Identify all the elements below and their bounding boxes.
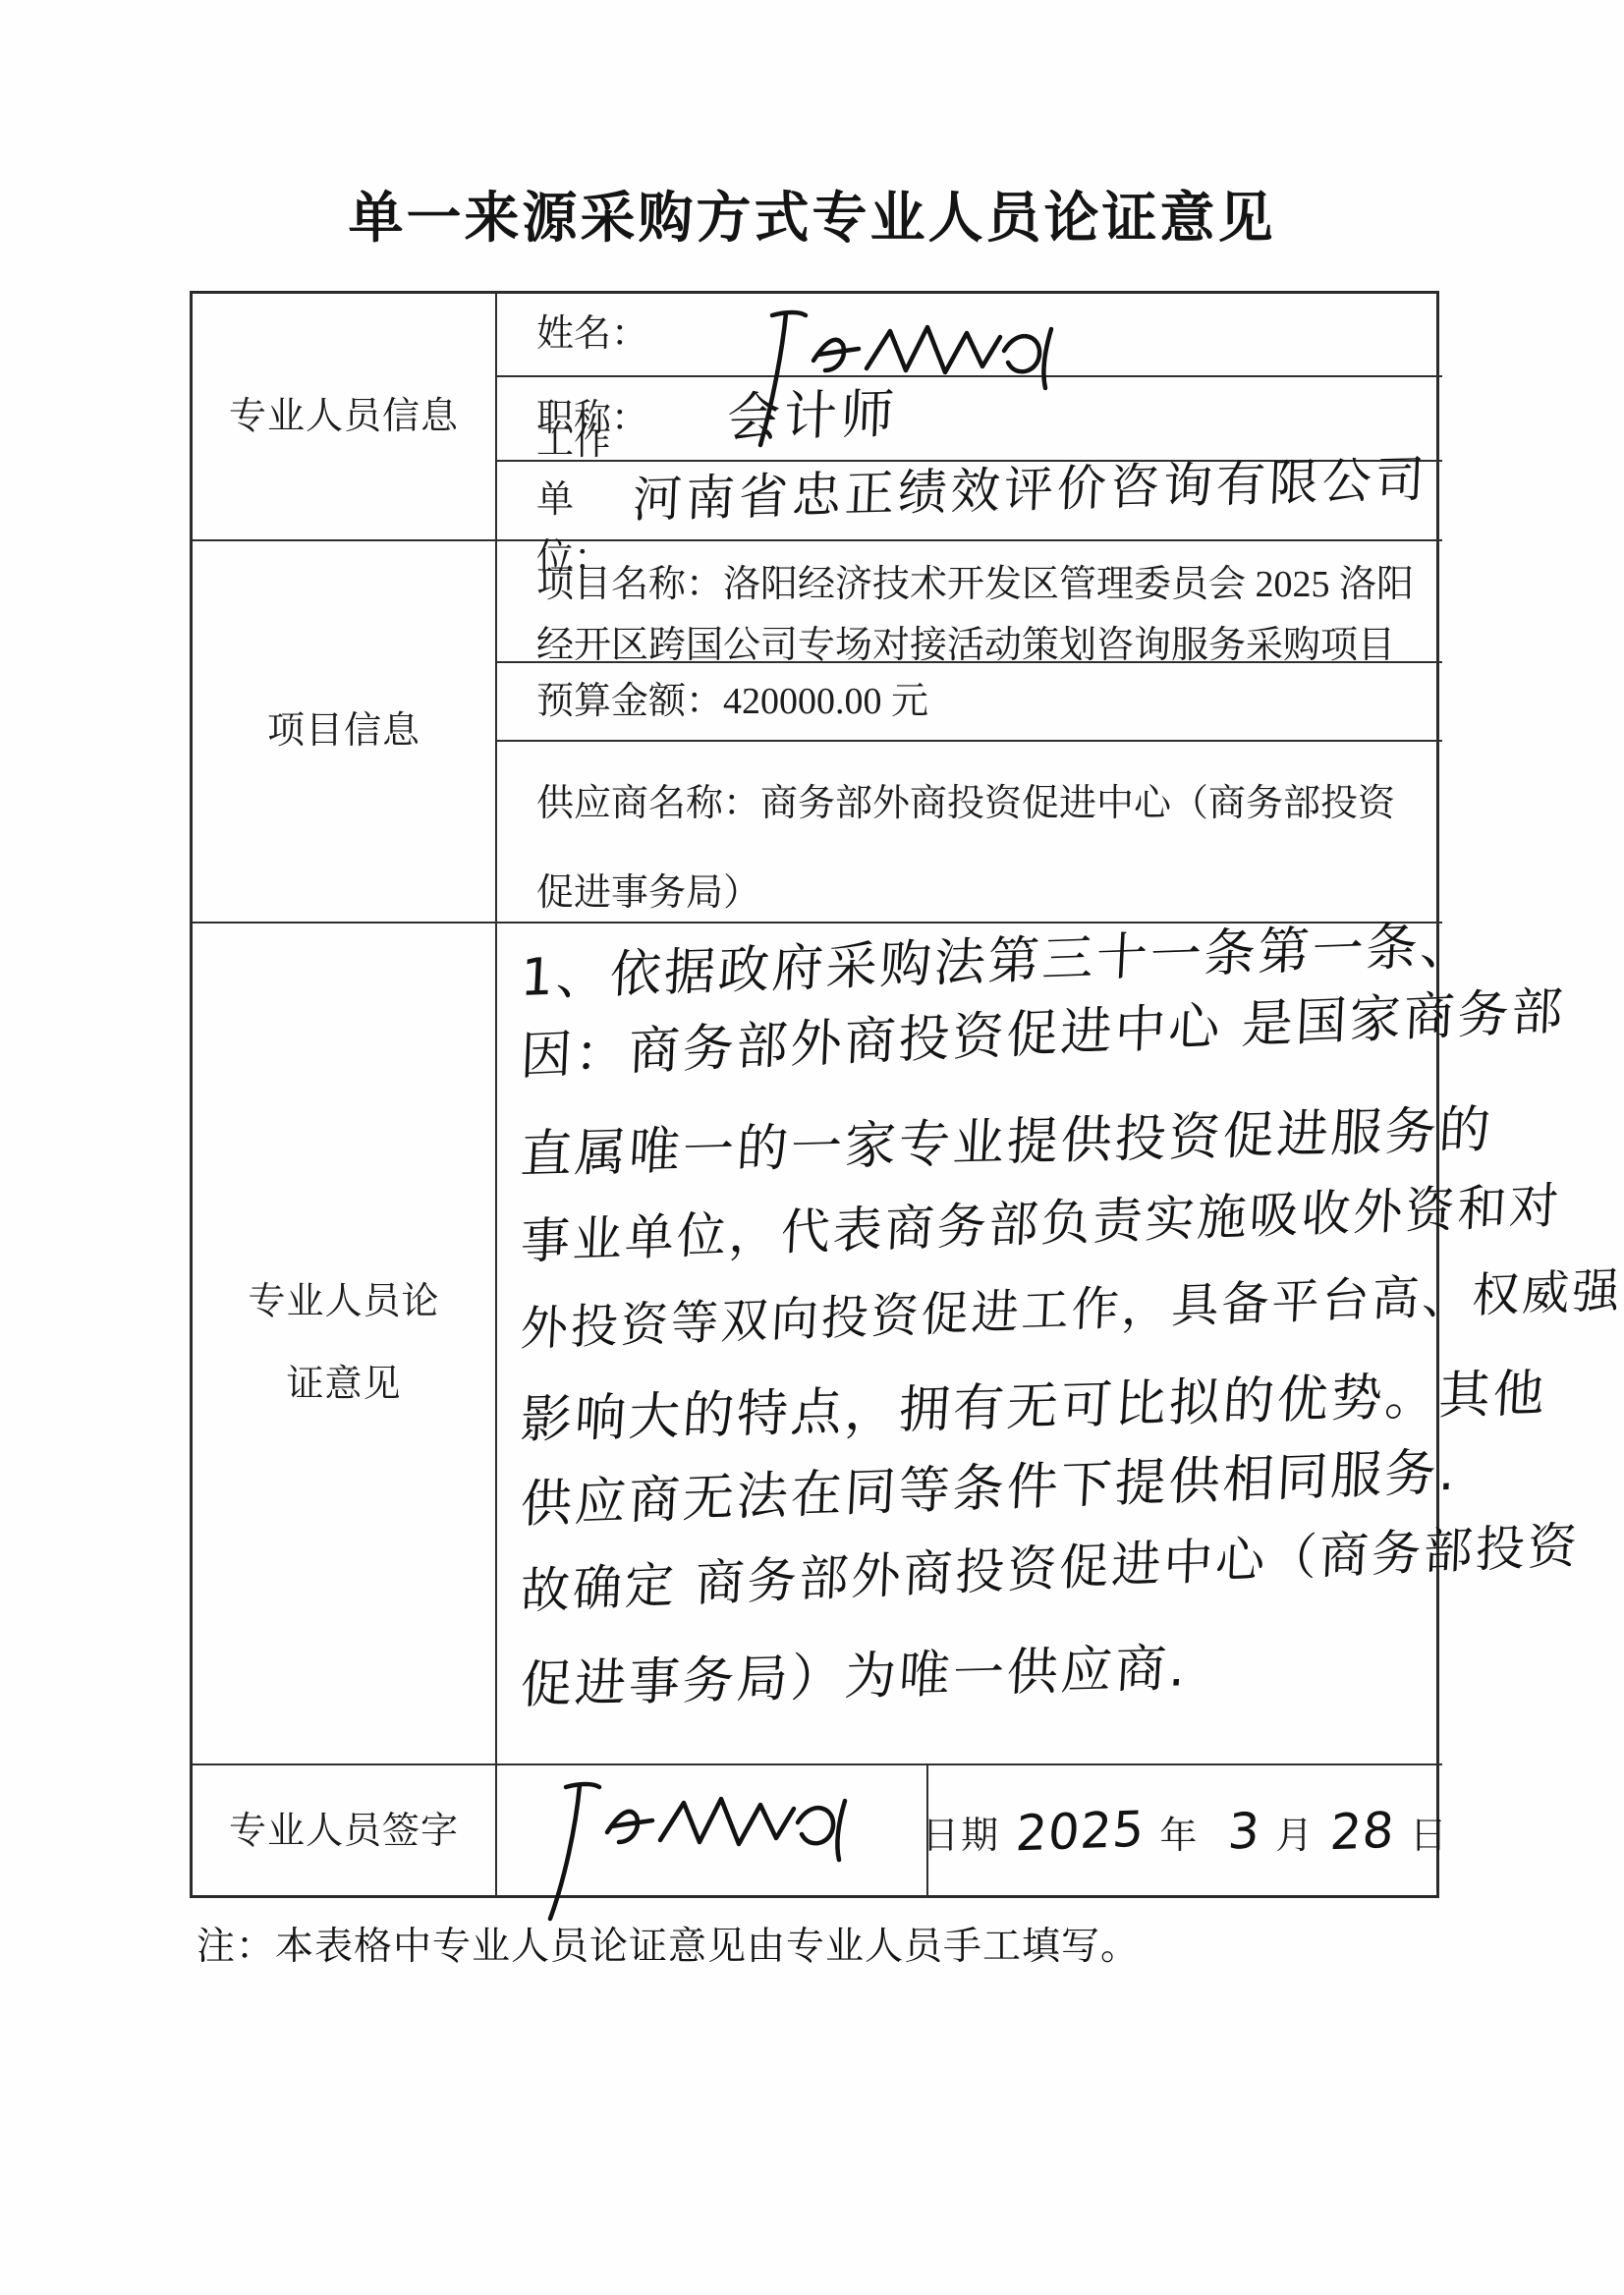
job-title-handwritten-value: 会计师 xyxy=(725,373,900,460)
footnote: 注：本表格中专业人员论证意见由专业人员手工填写。 xyxy=(196,1916,1277,1971)
date-month-unit: 月 xyxy=(1275,1816,1315,1857)
signature-scribble xyxy=(536,1773,861,1921)
row-employer: 工作单位： 河南省忠正绩效评价咨询有限公司 xyxy=(497,462,1442,541)
section-label-personnel: 专业人员信息 xyxy=(193,294,497,541)
row-budget: 预算金额：420000.00 元 xyxy=(497,663,1442,742)
row-name: 姓名： xyxy=(497,294,1442,377)
form-table: 专业人员信息 项目信息 专业人员论证意见 专业人员签字 姓名： 职称： 会计师 … xyxy=(190,291,1439,1898)
section-label-project: 项目信息 xyxy=(193,541,497,924)
date-line: 日期 2025 年 3 月 28 日 xyxy=(922,1794,1449,1871)
date-cell: 日期 2025 年 3 月 28 日 xyxy=(928,1765,1442,1898)
section-label-signature: 专业人员签字 xyxy=(193,1765,497,1898)
name-label: 姓名： xyxy=(536,306,648,364)
section-label-opinion: 专业人员论证意见 xyxy=(193,924,497,1765)
row-project-name: 项目名称：洛阳经济技术开发区管理委员会 2025 洛阳经开区跨国公司专场对接活动… xyxy=(497,541,1442,663)
date-day-handwritten: 28 xyxy=(1327,1792,1397,1871)
date-prefix: 日期 xyxy=(922,1816,1000,1857)
row-supplier: 供应商名称：商务部外商投资促进中心（商务部投资促进事务局） xyxy=(497,742,1442,924)
opinion-line: 促进事务局）为唯一供应商. xyxy=(519,1629,1191,1726)
opinion-handwriting-area: 1、依据政府采购法第三十一条第一条、 因：商务部外商投资促进中心 是国家商务部 … xyxy=(497,924,1442,1765)
date-year-handwritten: 2025 xyxy=(1013,1791,1148,1872)
date-year-unit: 年 xyxy=(1159,1816,1199,1857)
date-month-handwritten: 3 xyxy=(1225,1793,1262,1871)
scanned-document-page: 单一来源采购方式专业人员论证意见 专业人员信息 项目信息 专业人员论证意见 专业… xyxy=(0,0,1624,2295)
document-title: 单一来源采购方式专业人员论证意见 xyxy=(0,175,1624,253)
signature-handwriting-cell xyxy=(497,1765,928,1898)
date-day-unit: 日 xyxy=(1410,1816,1449,1857)
